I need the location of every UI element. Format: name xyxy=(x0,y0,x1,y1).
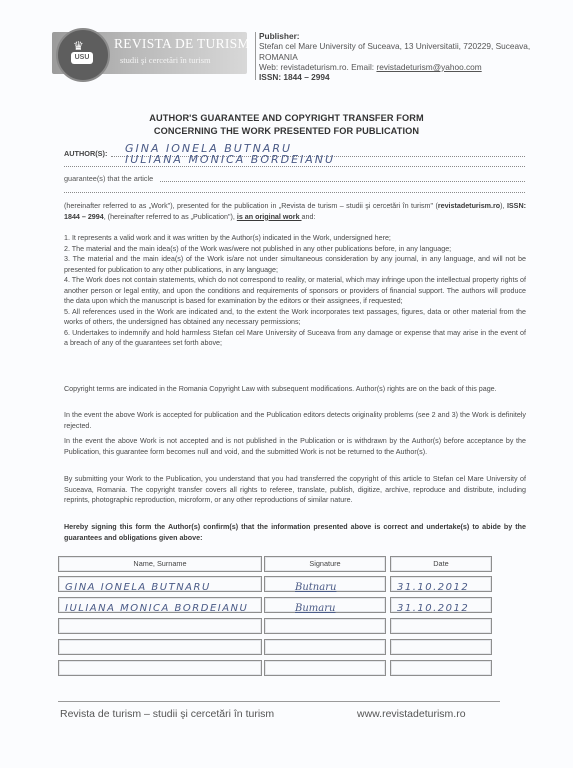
handwritten-date xyxy=(391,624,397,635)
site-name: revistadeturism.ro xyxy=(438,202,500,210)
clause-item: 6. Undertakes to indemnify and hold harm… xyxy=(64,328,526,349)
table-signature-cell[interactable]: Bumaru xyxy=(264,597,386,613)
handwritten-name: IULIANA MONICA BORDEIANU xyxy=(59,603,248,614)
handwritten-name: GINA IONELA BUTNARU xyxy=(59,582,211,593)
form-title-line2: CONCERNING THE WORK PRESENTED FOR PUBLIC… xyxy=(0,126,573,136)
handwritten-signature: Bumaru xyxy=(265,603,335,614)
handwritten-date xyxy=(391,666,397,677)
table-date-cell[interactable]: 31.10.2012 xyxy=(390,597,492,613)
table-name-cell[interactable] xyxy=(58,618,262,634)
authors-label: AUTHOR(S): xyxy=(64,149,107,158)
transfer-paragraph: By submitting your Work to the Publicati… xyxy=(64,474,526,506)
table-name-cell[interactable] xyxy=(58,660,262,676)
handwritten-name xyxy=(59,645,65,656)
publisher-issn: ISSN: 1844 – 2994 xyxy=(259,72,530,82)
publisher-block: Publisher: Stefan cel Mare University of… xyxy=(259,31,530,82)
handwritten-date: 31.10.2012 xyxy=(391,603,469,614)
authors-line-2 xyxy=(64,166,525,167)
clauses-list: 1. It represents a valid work and it was… xyxy=(64,233,526,349)
table-signature-cell[interactable]: Butnaru xyxy=(264,576,386,592)
publisher-web: Web: revistadeturism.ro. Email: revistad… xyxy=(259,62,530,72)
table-date-cell[interactable] xyxy=(390,660,492,676)
guarantee-label: guarantee(s) that the article xyxy=(64,174,153,183)
university-logo: ♛ USU xyxy=(56,28,110,82)
crown-icon: ♛ xyxy=(73,40,84,52)
journal-title: REVISTA DE TURISM xyxy=(114,36,249,52)
original-work-text: is an original work xyxy=(237,213,302,221)
table-signature-cell[interactable] xyxy=(264,660,386,676)
copyright-paragraph: Copyright terms are indicated in the Rom… xyxy=(64,384,526,395)
footer-journal-name: Revista de turism – studii şi cercetări … xyxy=(60,708,274,720)
footer-website: www.revistadeturism.ro xyxy=(357,708,466,720)
table-name-cell[interactable]: GINA IONELA BUTNARU xyxy=(58,576,262,592)
handwritten-name xyxy=(59,624,65,635)
table-header-cell: Name, Surname xyxy=(58,556,262,572)
table-name-cell[interactable]: IULIANA MONICA BORDEIANU xyxy=(58,597,262,613)
footer-divider xyxy=(58,701,500,702)
form-title-line1: AUTHOR'S GUARANTEE AND COPYRIGHT TRANSFE… xyxy=(0,113,573,123)
withdrawal-paragraph: In the event the above Work is not accep… xyxy=(64,436,526,457)
handwritten-signature xyxy=(265,645,295,656)
table-name-cell[interactable] xyxy=(58,639,262,655)
clause-item: 2. The material and the main idea(s) of … xyxy=(64,244,526,255)
publisher-address: Stefan cel Mare University of Suceava, 1… xyxy=(259,41,530,51)
logo-badge: USU xyxy=(71,52,93,64)
clause-item: 4. The Work does not contain statements,… xyxy=(64,275,526,307)
article-line-2 xyxy=(64,192,525,193)
table-date-cell[interactable]: 31.10.2012 xyxy=(390,576,492,592)
handwritten-signature: Butnaru xyxy=(265,582,336,593)
intro-paragraph: (hereinafter referred to as „Work"), pre… xyxy=(64,201,526,222)
email-link[interactable]: revistadeturism@yahoo.com xyxy=(376,62,481,72)
clause-item: 5. All references used in the Work are i… xyxy=(64,307,526,328)
table-date-cell[interactable] xyxy=(390,618,492,634)
document-page: ♛ USU REVISTA DE TURISM studii şi cercet… xyxy=(0,0,573,768)
table-signature-cell[interactable] xyxy=(264,639,386,655)
table-header-cell: Signature xyxy=(264,556,386,572)
table-signature-cell[interactable] xyxy=(264,618,386,634)
handwritten-date xyxy=(391,645,397,656)
clause-item: 3. The material and the main idea(s) of … xyxy=(64,254,526,275)
web-label: Web: revistadeturism.ro. Email: xyxy=(259,62,374,72)
table-date-cell[interactable] xyxy=(390,639,492,655)
confirmation-paragraph: Hereby signing this form the Author(s) c… xyxy=(64,522,526,543)
author-handwritten-2: IULIANA MONICA BORDEIANU xyxy=(125,153,335,166)
journal-subtitle: studii şi cercetări în turism xyxy=(120,55,245,65)
publisher-country: ROMANIA xyxy=(259,52,530,62)
clause-item: 1. It represents a valid work and it was… xyxy=(64,233,526,244)
header-divider xyxy=(255,32,256,80)
rejection-paragraph: In the event the above Work is accepted … xyxy=(64,410,526,431)
handwritten-date: 31.10.2012 xyxy=(391,582,469,593)
table-header-cell: Date xyxy=(390,556,492,572)
publisher-label: Publisher: xyxy=(259,31,530,41)
handwritten-signature xyxy=(265,624,295,635)
handwritten-signature xyxy=(265,666,295,677)
handwritten-name xyxy=(59,666,65,677)
article-line-1 xyxy=(160,181,525,182)
